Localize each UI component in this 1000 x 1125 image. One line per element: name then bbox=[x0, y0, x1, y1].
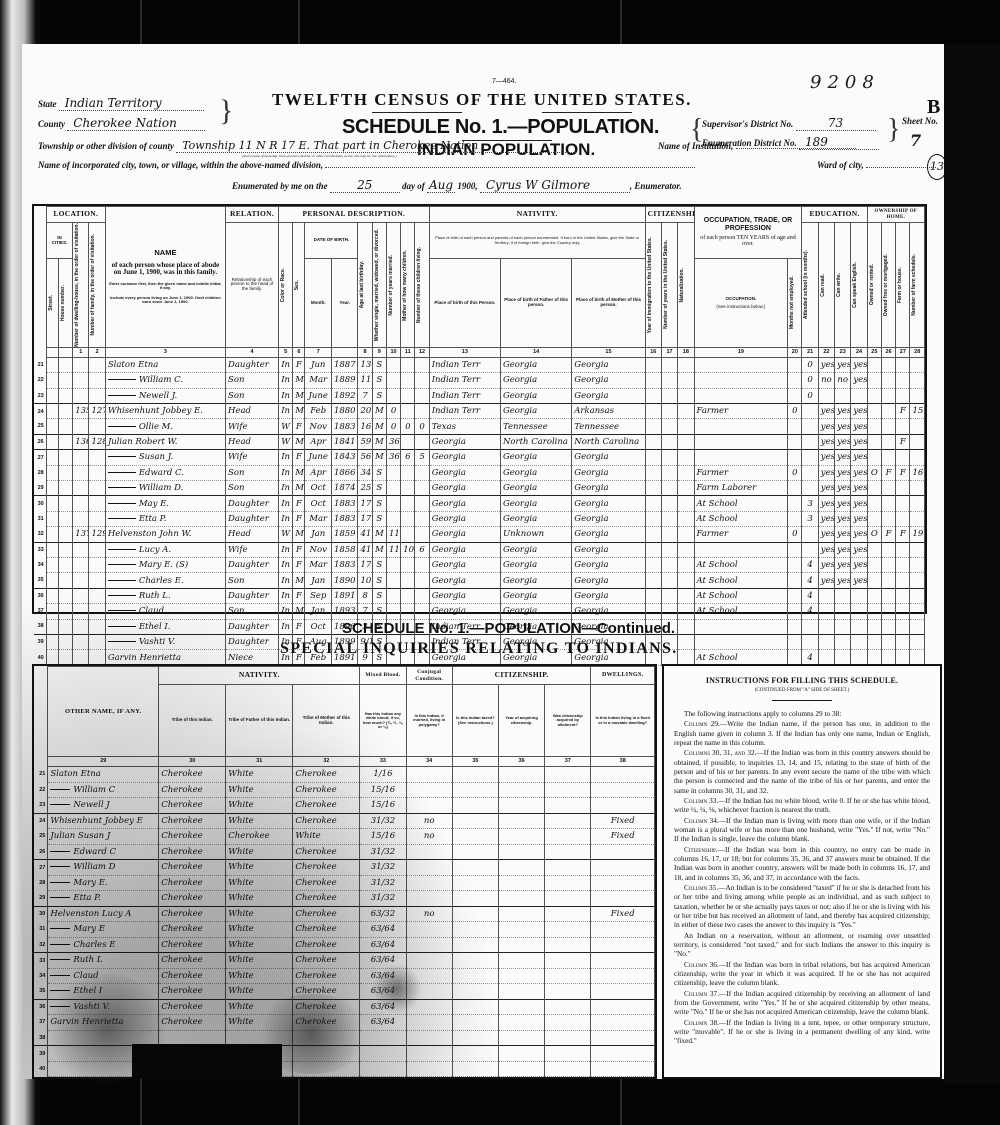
cell-school: 4 bbox=[802, 588, 818, 603]
cell-marital: S bbox=[372, 604, 386, 619]
ditto-dash bbox=[108, 564, 136, 565]
cell-family bbox=[89, 496, 105, 511]
cell-marital: M bbox=[372, 419, 386, 434]
cell-dwelling bbox=[73, 573, 89, 588]
cell-family bbox=[89, 357, 105, 372]
cell-write: yes bbox=[835, 419, 851, 434]
cell-pob: Indian Terr bbox=[429, 388, 500, 403]
cell-name: Newell J. bbox=[105, 388, 225, 403]
cell-living bbox=[415, 557, 429, 572]
cell-pob_father: Georgia bbox=[500, 511, 571, 526]
cell-family bbox=[89, 619, 105, 634]
cell-tribe_mother: Cherokee bbox=[293, 767, 360, 783]
instructions-subtitle: (CONTINUED FROM "A" SIDE OF SHEET.) bbox=[674, 688, 930, 694]
cell-taxed bbox=[452, 891, 498, 907]
cell-family bbox=[89, 588, 105, 603]
cell-dwelling: Fixed bbox=[591, 829, 655, 845]
cell-pob: Texas bbox=[429, 419, 500, 434]
cell-polygamy bbox=[406, 1046, 452, 1062]
cell-pob_father: Georgia bbox=[500, 373, 571, 388]
county-value: Cherokee Nation bbox=[67, 116, 205, 131]
cell-relation: Son bbox=[226, 373, 279, 388]
line-number: 31 bbox=[34, 511, 46, 526]
cell-polygamy bbox=[406, 860, 452, 876]
cell-dwelling bbox=[591, 844, 655, 860]
cell-pob: Indian Terr bbox=[429, 373, 500, 388]
cell-relation: Son bbox=[226, 388, 279, 403]
cell-yrs_married bbox=[386, 588, 400, 603]
cell-name: Ollie M. bbox=[105, 419, 225, 434]
cell-age: 59 bbox=[358, 434, 372, 449]
cell-age: 7 bbox=[358, 604, 372, 619]
cell-blood: 63/64 bbox=[360, 937, 406, 953]
cell-mother_of: 6 bbox=[401, 450, 415, 465]
ditto-dash bbox=[108, 518, 136, 519]
cell-month: Jun bbox=[305, 357, 331, 372]
cell-relation: Daughter bbox=[226, 588, 279, 603]
cell-name: Helvenston John W. bbox=[105, 527, 225, 542]
cell-school bbox=[802, 542, 818, 557]
cell-read: yes bbox=[818, 450, 834, 465]
cell-name: Vashti V. bbox=[105, 634, 225, 649]
column-number: 37 bbox=[545, 757, 591, 767]
cell-tribe_mother: Cherokee bbox=[293, 937, 360, 953]
cell-name: Julian Robert W. bbox=[105, 434, 225, 449]
cell-schedule bbox=[910, 388, 925, 403]
cell-name: William C. bbox=[105, 373, 225, 388]
header-name: NAME of each person whose place of abode… bbox=[105, 207, 225, 348]
cell-sex: F bbox=[293, 419, 305, 434]
cell-other-name: Mary E bbox=[48, 922, 159, 938]
cell-occupation: At School bbox=[694, 604, 788, 619]
cell-occupation bbox=[694, 357, 788, 372]
cell-name: May E. bbox=[105, 496, 225, 511]
cell-write: yes bbox=[835, 357, 851, 372]
cell-english: yes bbox=[851, 542, 867, 557]
cell-pob_father: Georgia bbox=[500, 465, 571, 480]
cell-tribe: Cherokee bbox=[159, 906, 226, 922]
state-field: State Indian Territory bbox=[38, 96, 204, 111]
cell-unemployed bbox=[788, 604, 802, 619]
cell-family: 129 bbox=[89, 527, 105, 542]
cell-schedule bbox=[910, 619, 925, 634]
cell-farm bbox=[896, 557, 910, 572]
cell-tribe_father: White bbox=[226, 922, 293, 938]
cell-tribe_mother: White bbox=[293, 829, 360, 845]
cell-marital: S bbox=[372, 388, 386, 403]
cell-pob: Indian Terr bbox=[429, 404, 500, 419]
cell-owned bbox=[867, 434, 881, 449]
cell-farm bbox=[896, 388, 910, 403]
cell-owned bbox=[867, 573, 881, 588]
cell-year: 1883 bbox=[331, 557, 357, 572]
cell-pob_father: Georgia bbox=[500, 388, 571, 403]
instruction-paragraph: Column 29.—Write the Indian name, if the… bbox=[674, 719, 930, 747]
cell-taxed bbox=[452, 1046, 498, 1062]
cell-dwelling: 135 bbox=[73, 404, 89, 419]
cell-schedule bbox=[910, 542, 925, 557]
supervisor-value: 73 bbox=[796, 116, 876, 131]
cell-tribe_father: White bbox=[226, 782, 293, 798]
cell-blood: 31/32 bbox=[360, 813, 406, 829]
cell-read: yes bbox=[818, 511, 834, 526]
cell-farm bbox=[896, 481, 910, 496]
cell-mortgage bbox=[881, 434, 895, 449]
cell-tribe: Cherokee bbox=[159, 984, 226, 1000]
divider bbox=[372, 112, 462, 113]
township-label: Township or other division of county bbox=[38, 141, 174, 151]
cell-english bbox=[851, 619, 867, 634]
cell-dwelling bbox=[73, 511, 89, 526]
cell-mother_of bbox=[401, 527, 415, 542]
table-row: 21 Slaton Etna Daughter InFJun1887 13S I… bbox=[34, 357, 925, 372]
cell-living bbox=[415, 527, 429, 542]
column-number: 8 bbox=[358, 347, 372, 357]
cell-other-name: Mary E. bbox=[48, 875, 159, 891]
enumerated-year: 1900, bbox=[457, 181, 477, 191]
instruction-paragraph: Citizenship.—If the Indian was born in t… bbox=[674, 845, 930, 882]
cell-marital: S bbox=[372, 511, 386, 526]
cell-year bbox=[498, 906, 544, 922]
cell-pob: Georgia bbox=[429, 527, 500, 542]
cell-polygamy: no bbox=[406, 829, 452, 845]
ditto-dash bbox=[108, 626, 136, 627]
cell-unemployed bbox=[788, 619, 802, 634]
cell-unemployed bbox=[788, 481, 802, 496]
cell-read: yes bbox=[818, 404, 834, 419]
cell-age: 25 bbox=[358, 481, 372, 496]
cell-color: In bbox=[279, 496, 293, 511]
cell-age: 17 bbox=[358, 557, 372, 572]
cell-dwelling bbox=[591, 1061, 655, 1077]
cell-tribe_father: Cherokee bbox=[226, 829, 293, 845]
cell-english bbox=[851, 650, 867, 665]
enumerator-label: , Enumerator. bbox=[630, 181, 682, 191]
column-number: 19 bbox=[694, 347, 788, 357]
cell-living bbox=[415, 373, 429, 388]
table-row: 31 Etta P. Daughter InFMar1883 17S Georg… bbox=[34, 511, 925, 526]
cell-living bbox=[415, 465, 429, 480]
cell-tribe_father: White bbox=[226, 813, 293, 829]
cell-age: 34 bbox=[358, 465, 372, 480]
cell-taxed bbox=[452, 829, 498, 845]
cell-year bbox=[498, 937, 544, 953]
line-number: 30 bbox=[34, 906, 48, 922]
cell-pob_mother: Georgia bbox=[572, 465, 645, 480]
cell-sex: F bbox=[293, 496, 305, 511]
cell-month: June bbox=[305, 450, 331, 465]
cell-year: 1893 bbox=[331, 604, 357, 619]
cell-polygamy bbox=[406, 953, 452, 969]
cell-write: yes bbox=[835, 450, 851, 465]
table-row: 22 William C. Son InMMar1889 11S Indian … bbox=[34, 373, 925, 388]
header-relation: RELATION. bbox=[226, 207, 279, 223]
cell-mortgage bbox=[881, 388, 895, 403]
cell-pob_mother: Georgia bbox=[572, 481, 645, 496]
cell-read bbox=[818, 388, 834, 403]
cell-allotment bbox=[545, 875, 591, 891]
cell-write bbox=[835, 619, 851, 634]
cell-taxed bbox=[452, 860, 498, 876]
cell-color: In bbox=[279, 404, 293, 419]
cell-allotment bbox=[545, 829, 591, 845]
cell-unemployed bbox=[788, 450, 802, 465]
cell-unemployed bbox=[788, 373, 802, 388]
line-number: 26 bbox=[34, 434, 46, 449]
table-row: 23 Newell J CherokeeWhiteCherokee 15/16 bbox=[34, 798, 655, 814]
cell-unemployed bbox=[788, 557, 802, 572]
cell-schedule bbox=[910, 357, 925, 372]
cell-unemployed bbox=[788, 542, 802, 557]
cell-yrs_married bbox=[386, 357, 400, 372]
cell-mortgage bbox=[881, 373, 895, 388]
cell-unemployed bbox=[788, 573, 802, 588]
cell-allotment bbox=[545, 813, 591, 829]
cell-farm bbox=[896, 419, 910, 434]
cell-living: 5 bbox=[415, 450, 429, 465]
cell-pob_mother: Georgia bbox=[572, 557, 645, 572]
cell-month: Apr bbox=[305, 465, 331, 480]
cell-taxed bbox=[452, 953, 498, 969]
cell-marital: S bbox=[372, 496, 386, 511]
cell-year bbox=[498, 1030, 544, 1046]
cell-tribe_mother: Cherokee bbox=[293, 968, 360, 984]
line-number: 28 bbox=[34, 875, 48, 891]
cell-dwelling bbox=[73, 465, 89, 480]
line-number: 36 bbox=[34, 588, 46, 603]
cell-month: Oct bbox=[305, 619, 331, 634]
cell-taxed bbox=[452, 922, 498, 938]
header-citizenship: CITIZENSHIP. bbox=[645, 207, 694, 223]
cell-schedule: 16 bbox=[910, 465, 925, 480]
cell-year bbox=[498, 798, 544, 814]
cell-yrs_married: 0 bbox=[386, 419, 400, 434]
cell-allotment bbox=[545, 1061, 591, 1077]
cell-pob: Georgia bbox=[429, 511, 500, 526]
county-label: County bbox=[38, 119, 65, 129]
cell-tribe: Cherokee bbox=[159, 782, 226, 798]
line-number: 27 bbox=[34, 450, 46, 465]
cell-sex: M bbox=[293, 604, 305, 619]
cell-tribe_mother: Cherokee bbox=[293, 875, 360, 891]
cell-year bbox=[498, 891, 544, 907]
cell-sex: M bbox=[293, 527, 305, 542]
cell-year: 1880 bbox=[331, 404, 357, 419]
cell-taxed bbox=[452, 767, 498, 783]
cell-pob_mother: Georgia bbox=[572, 604, 645, 619]
cell-mother_of bbox=[401, 388, 415, 403]
cell-tribe_father: White bbox=[226, 937, 293, 953]
divider bbox=[772, 700, 832, 702]
cell-school: 3 bbox=[802, 511, 818, 526]
cell-month: Mar bbox=[305, 557, 331, 572]
cell-farm bbox=[896, 634, 910, 649]
form-number: 7—464. bbox=[492, 78, 517, 85]
sheet-field: Sheet No. bbox=[902, 116, 938, 126]
cell-dwelling bbox=[591, 968, 655, 984]
cell-tribe_father: White bbox=[226, 891, 293, 907]
sheet-label: Sheet No. bbox=[902, 116, 938, 126]
ditto-dash bbox=[108, 487, 136, 488]
cell-occupation: At School bbox=[694, 650, 788, 665]
cell-schedule bbox=[910, 373, 925, 388]
cell-polygamy: no bbox=[406, 906, 452, 922]
cell-school bbox=[802, 634, 818, 649]
cell-pob_father: Georgia bbox=[500, 573, 571, 588]
cell-schedule: 15 bbox=[910, 404, 925, 419]
cell-mortgage bbox=[881, 634, 895, 649]
cell-living: 0 bbox=[415, 419, 429, 434]
cell-dwelling bbox=[591, 1030, 655, 1046]
cell-tribe_mother: Cherokee bbox=[293, 798, 360, 814]
line-number: 31 bbox=[34, 922, 48, 938]
cell-sex: M bbox=[293, 388, 305, 403]
enumerated-label: Enumerated by me on the bbox=[232, 181, 328, 191]
cell-write bbox=[835, 650, 851, 665]
column-number: 17 bbox=[661, 347, 677, 357]
cell-allotment bbox=[545, 922, 591, 938]
cell-occupation bbox=[694, 619, 788, 634]
cell-read: yes bbox=[818, 465, 834, 480]
cell-name: Susan J. bbox=[105, 450, 225, 465]
cell-allotment bbox=[545, 798, 591, 814]
cell-marital: S bbox=[372, 557, 386, 572]
line-number: 32 bbox=[34, 937, 48, 953]
ditto-dash bbox=[50, 882, 70, 883]
cell-tribe: Cherokee bbox=[159, 891, 226, 907]
cell-owned bbox=[867, 496, 881, 511]
cell-month: Jan bbox=[305, 573, 331, 588]
cell-living bbox=[415, 434, 429, 449]
cell-taxed bbox=[452, 798, 498, 814]
cell-english bbox=[851, 388, 867, 403]
cell-month: Apr bbox=[305, 434, 331, 449]
cell-dwelling bbox=[591, 922, 655, 938]
cell-taxed bbox=[452, 1015, 498, 1031]
cell-occupation bbox=[694, 450, 788, 465]
county-field: County Cherokee Nation bbox=[38, 116, 205, 131]
cell-write: yes bbox=[835, 527, 851, 542]
cell-yrs_married bbox=[386, 388, 400, 403]
township-note: [Insert name of township, town, precinct… bbox=[242, 154, 397, 158]
cell-family bbox=[89, 557, 105, 572]
cell-pob: Georgia bbox=[429, 573, 500, 588]
cell-year bbox=[498, 782, 544, 798]
cell-age: 17 bbox=[358, 511, 372, 526]
cell-school bbox=[802, 619, 818, 634]
cell-mother_of bbox=[401, 496, 415, 511]
cell-allotment bbox=[545, 953, 591, 969]
cell-year bbox=[498, 953, 544, 969]
cell-yrs_married: 0 bbox=[386, 404, 400, 419]
cell-owned bbox=[867, 388, 881, 403]
cell-school: 0 bbox=[802, 357, 818, 372]
ditto-dash bbox=[108, 379, 136, 380]
cell-family bbox=[89, 419, 105, 434]
header-ownership: OWNERSHIP OF HOME. bbox=[867, 207, 924, 223]
cell-other-name: Helvenston Lucy A bbox=[48, 906, 159, 922]
cell-owned bbox=[867, 650, 881, 665]
cell-pob_father: Georgia bbox=[500, 357, 571, 372]
cell-unemployed bbox=[788, 357, 802, 372]
cell-relation: Son bbox=[226, 573, 279, 588]
cell-polygamy bbox=[406, 891, 452, 907]
cell-relation: Wife bbox=[226, 542, 279, 557]
cell-unemployed bbox=[788, 650, 802, 665]
cell-read: yes bbox=[818, 496, 834, 511]
cell-english: yes bbox=[851, 404, 867, 419]
cell-sex: M bbox=[293, 373, 305, 388]
cell-dwelling bbox=[73, 388, 89, 403]
cell-dwelling: Fixed bbox=[591, 906, 655, 922]
cell-year: 1891 bbox=[331, 588, 357, 603]
cell-occupation bbox=[694, 434, 788, 449]
cell-year bbox=[498, 767, 544, 783]
cell-allotment bbox=[545, 968, 591, 984]
city-field: Name of incorporated city, town, or vill… bbox=[38, 160, 695, 170]
cell-living bbox=[415, 496, 429, 511]
cell-relation: Son bbox=[226, 604, 279, 619]
cell-pob_mother: Georgia bbox=[572, 588, 645, 603]
sheet-value: 7 bbox=[910, 131, 921, 150]
cell-blood: 15/16 bbox=[360, 798, 406, 814]
column-number bbox=[58, 347, 72, 357]
line-number: 29 bbox=[34, 481, 46, 496]
ditto-dash bbox=[50, 959, 70, 960]
cell-owned bbox=[867, 511, 881, 526]
cell-month: Sep bbox=[305, 588, 331, 603]
cell-family bbox=[89, 450, 105, 465]
cell-relation: Daughter bbox=[226, 557, 279, 572]
cell-english: yes bbox=[851, 557, 867, 572]
line-number: 21 bbox=[34, 767, 48, 783]
cell-mortgage bbox=[881, 557, 895, 572]
header-nativity: NATIVITY. bbox=[159, 667, 360, 685]
table-row: 23 Newell J. Son InMJune1892 7S Indian T… bbox=[34, 388, 925, 403]
cell-pob_mother: Georgia bbox=[572, 388, 645, 403]
cell-pob_father: Georgia bbox=[500, 604, 571, 619]
cell-tribe_mother: Cherokee bbox=[293, 906, 360, 922]
cell-year bbox=[498, 984, 544, 1000]
cell-family bbox=[89, 604, 105, 619]
cell-read bbox=[818, 604, 834, 619]
cell-school: 4 bbox=[802, 557, 818, 572]
cell-sex: F bbox=[293, 557, 305, 572]
cell-color: In bbox=[279, 604, 293, 619]
cell-dwelling bbox=[73, 419, 89, 434]
cell-family bbox=[89, 573, 105, 588]
enumerated-day: 25 bbox=[330, 178, 400, 193]
cell-farm bbox=[896, 450, 910, 465]
cell-age: 56 bbox=[358, 450, 372, 465]
cell-polygamy bbox=[406, 767, 452, 783]
cell-mortgage bbox=[881, 419, 895, 434]
cell-blood bbox=[360, 1061, 406, 1077]
census-title: TWELFTH CENSUS OF THE UNITED STATES. bbox=[272, 90, 692, 110]
cell-read: yes bbox=[818, 573, 834, 588]
table-row: 31 Mary E CherokeeWhiteCherokee 63/64 bbox=[34, 922, 655, 938]
cell-dwelling bbox=[73, 496, 89, 511]
cell-taxed bbox=[452, 999, 498, 1015]
column-number: 7 bbox=[305, 347, 331, 357]
state-value: Indian Territory bbox=[59, 96, 204, 111]
cell-tribe_father: White bbox=[226, 767, 293, 783]
cell-write: yes bbox=[835, 557, 851, 572]
cell-schedule bbox=[910, 434, 925, 449]
cell-name: Lucy A. bbox=[105, 542, 225, 557]
cell-month: Oct bbox=[305, 496, 331, 511]
cell-english: yes bbox=[851, 465, 867, 480]
